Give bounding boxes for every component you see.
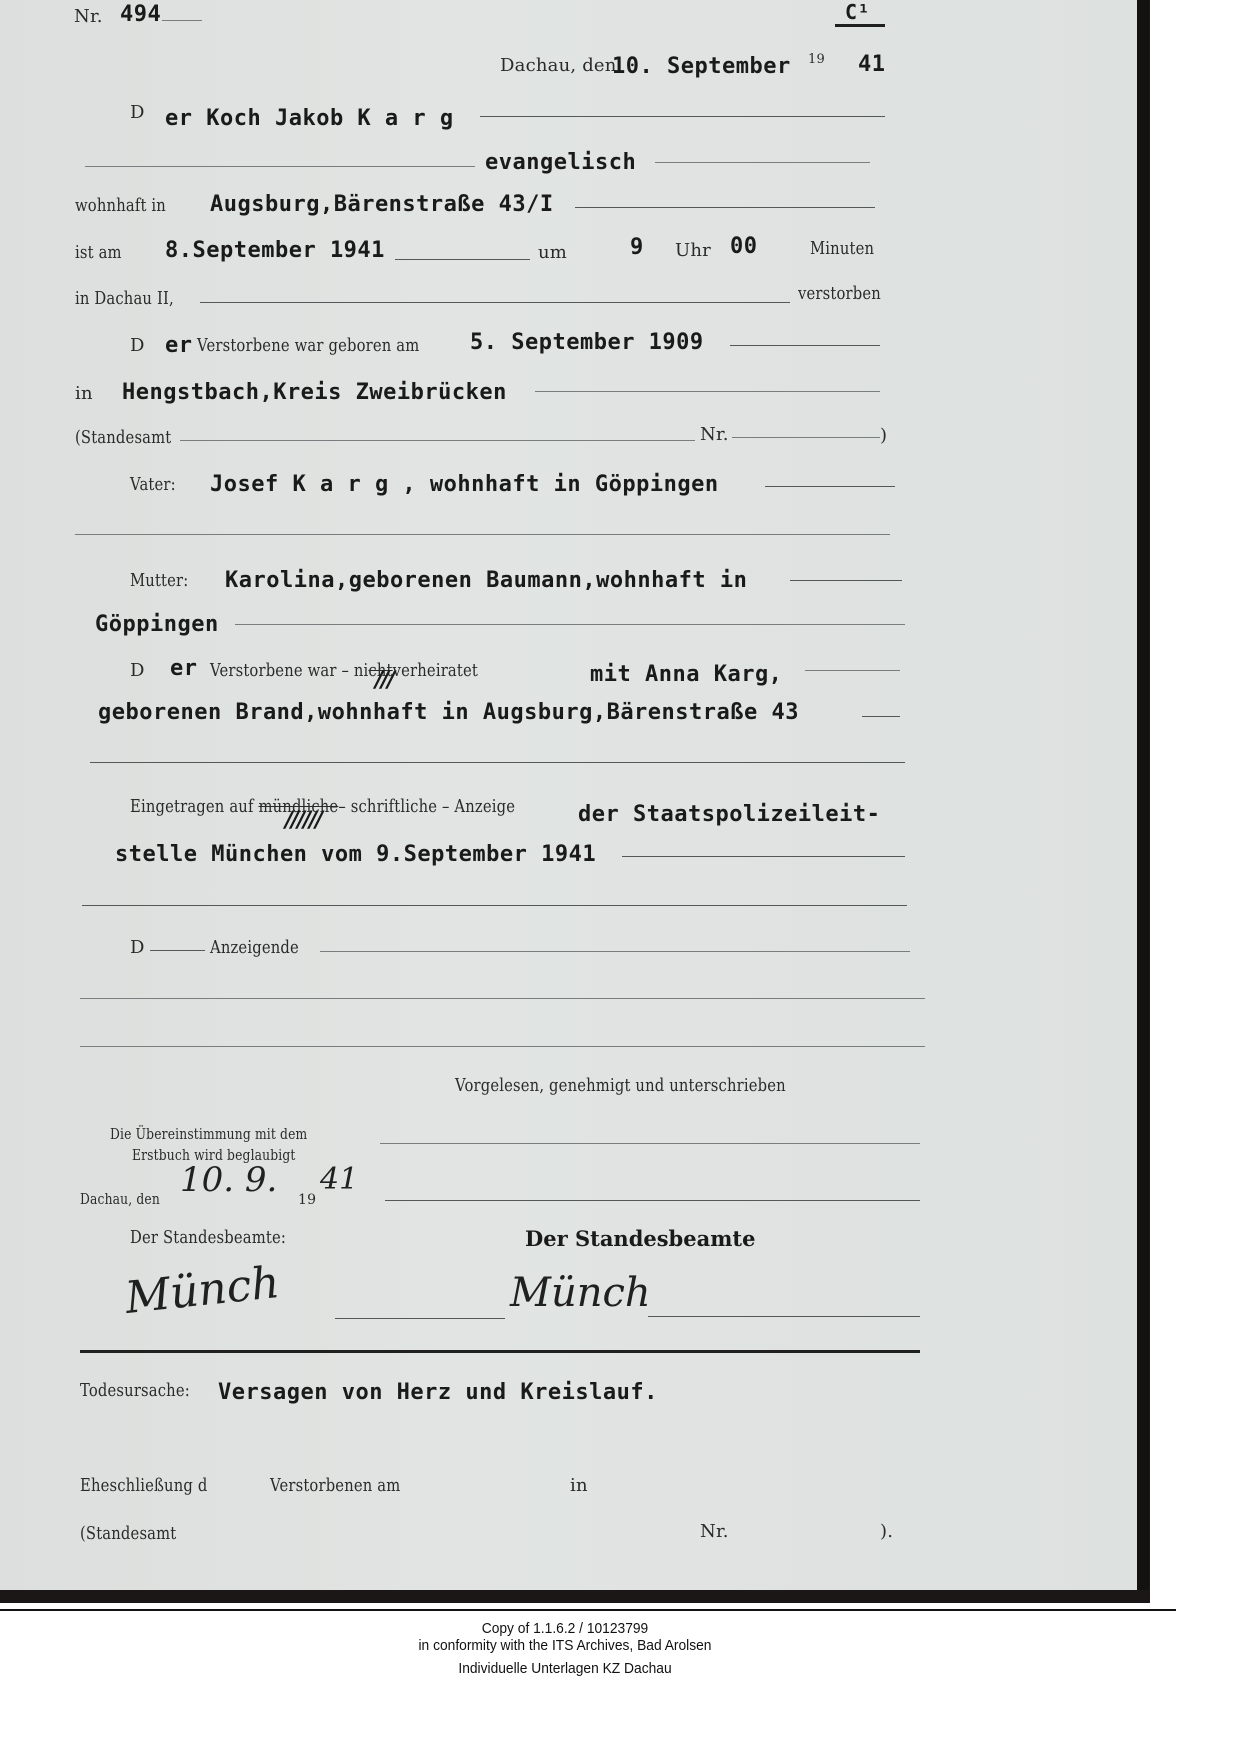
mother-label: Mutter:: [130, 570, 188, 591]
certification-signature: Münch: [123, 1257, 282, 1324]
mother-line2-rule: [235, 624, 905, 625]
certification-registrar-label: Der Standesbeamte:: [130, 1227, 286, 1248]
birth-registry-label: (Standesamt: [75, 427, 171, 448]
strike-marks: ///: [375, 668, 393, 693]
religion-line-right: [655, 162, 870, 163]
certification-place-label: Dachau, den: [80, 1190, 160, 1208]
mother-line1: Karolina,geborenen Baumann,wohnhaft in: [225, 568, 747, 593]
registrar-label: Der Standesbeamte: [525, 1226, 756, 1251]
informant-line: [320, 951, 910, 952]
spouse-line1: mit Anna Karg,: [590, 662, 782, 687]
registrar-signature-line-left: [335, 1318, 505, 1319]
certification-line1: Die Übereinstimmung mit dem: [110, 1125, 307, 1143]
birth-registry-nr-line: [732, 437, 880, 438]
father-continuation-line: [75, 534, 890, 535]
time-label-uhr: Uhr: [675, 240, 711, 261]
spouse-line1-rule: [805, 670, 900, 671]
birth-date: 5. September 1909: [470, 330, 704, 355]
signature-line-upper: [380, 1143, 920, 1144]
religion-line-left: [85, 166, 475, 167]
marriage-prefix-typed: er: [170, 656, 198, 681]
certification-date: 10. 9.: [180, 1160, 277, 1200]
marriage-record-in-label: in: [570, 1475, 588, 1496]
section-divider: [80, 1350, 920, 1353]
death-certificate-page: Nr. 494 C¹ Dachau, den 10. September 19 …: [0, 0, 1149, 1590]
corner-mark: C¹: [845, 0, 870, 24]
marriage-record-label: Eheschließung d: [80, 1475, 207, 1496]
informant-line2: [80, 998, 925, 999]
marriage-record-registry-label: (Standesamt: [80, 1523, 176, 1544]
registrar-signature-line-right: [648, 1316, 920, 1317]
death-date-line: [395, 259, 530, 260]
mother-line2: Göppingen: [95, 612, 219, 637]
spouse-line2: geborenen Brand,wohnhaft in Augsburg,Bär…: [98, 700, 799, 725]
birth-prefix-typed: er: [165, 333, 193, 358]
certification-year-prefix: 19: [298, 1192, 316, 1208]
birth-place: Hengstbach,Kreis Zweibrücken: [122, 380, 507, 405]
death-minute: 00: [730, 234, 758, 259]
entry-strike-marks: //////: [285, 808, 321, 833]
informant-label: Anzeigende: [210, 937, 299, 958]
death-place-line: [200, 302, 790, 303]
certification-year: 41: [320, 1162, 358, 1197]
entry-label: Eingetragen auf mündliche– schriftliche …: [130, 796, 515, 817]
marriage-record-nr-label: Nr.: [700, 1521, 729, 1542]
death-date: 8.September 1941: [165, 238, 385, 263]
birth-date-line: [730, 345, 880, 346]
corner-mark-underline: [835, 24, 885, 27]
footer-separator: [0, 1609, 1176, 1611]
entry-line2-rule: [622, 856, 905, 857]
read-approved-label: Vorgelesen, genehmigt und unterschrieben: [455, 1075, 786, 1096]
deceased-name: er Koch Jakob K a r g: [165, 106, 454, 131]
birth-registry-nr-label: Nr.: [700, 424, 729, 445]
death-place-label: in Dachau II,: [75, 288, 174, 309]
archive-collection-line: Individuelle Unterlagen KZ Dachau: [395, 1660, 735, 1677]
father-line: [765, 486, 895, 487]
birth-prefix: D: [130, 335, 145, 356]
number-underline: [162, 20, 202, 21]
marriage-continuation-line: [90, 762, 905, 763]
entry-continuation-line: [82, 905, 907, 906]
marriage-record-label-b: Verstorbenen am: [270, 1475, 400, 1496]
time-label-minuten: Minuten: [810, 238, 874, 259]
entry-informant-line2: stelle München vom 9.September 1941: [115, 842, 596, 867]
issue-year: 41: [858, 52, 886, 77]
mother-line1-rule: [790, 580, 902, 581]
registrar-signature: Münch: [510, 1270, 651, 1316]
death-hour: 9: [630, 235, 644, 260]
birth-place-line: [535, 391, 880, 392]
certificate-number: 494: [120, 2, 161, 27]
issue-date: 10. September: [612, 54, 791, 79]
time-label-um: um: [538, 242, 567, 263]
death-suffix-label: verstorben: [798, 283, 881, 304]
person-prefix: D: [130, 102, 145, 123]
religion: evangelisch: [485, 150, 636, 175]
marriage-record-close: ).: [880, 1521, 893, 1542]
cause-of-death-label: Todesursache:: [80, 1380, 190, 1401]
father-label: Vater:: [130, 474, 176, 495]
marriage-status-label: Verstorbene war – nichtverheiratet: [210, 660, 478, 681]
signature-line-lower: [385, 1200, 920, 1201]
death-label: ist am: [75, 242, 122, 263]
residence-label: wohnhaft in: [75, 195, 166, 216]
birth-registry-close: ): [880, 425, 887, 446]
number-label: Nr.: [74, 6, 103, 27]
informant-line3: [80, 1046, 925, 1047]
residence: Augsburg,Bärenstraße 43/I: [210, 192, 554, 217]
archive-conformity-line: in conformity with the ITS Archives, Bad…: [395, 1637, 735, 1654]
father: Josef K a r g , wohnhaft in Göppingen: [210, 472, 719, 497]
birth-label: Verstorbene war geboren am: [197, 335, 419, 356]
spouse-line2-rule: [862, 716, 900, 717]
birth-registry-line: [180, 440, 695, 441]
residence-line: [575, 207, 875, 208]
informant-prefix-strike: [150, 950, 205, 951]
name-line: [480, 116, 885, 117]
archive-copy-line: Copy of 1.1.6.2 / 10123799: [395, 1620, 735, 1637]
year-prefix: 19: [808, 52, 825, 67]
informant-prefix: D: [130, 937, 145, 958]
marriage-prefix: D: [130, 660, 145, 681]
birth-place-label: in: [75, 383, 93, 404]
place-date-label: Dachau, den: [500, 55, 617, 76]
scanned-document-frame: Nr. 494 C¹ Dachau, den 10. September 19 …: [0, 0, 1150, 1603]
entry-informant-line1: der Staatspolizeileit-: [578, 802, 880, 827]
cause-of-death: Versagen von Herz und Kreislauf.: [218, 1380, 658, 1405]
